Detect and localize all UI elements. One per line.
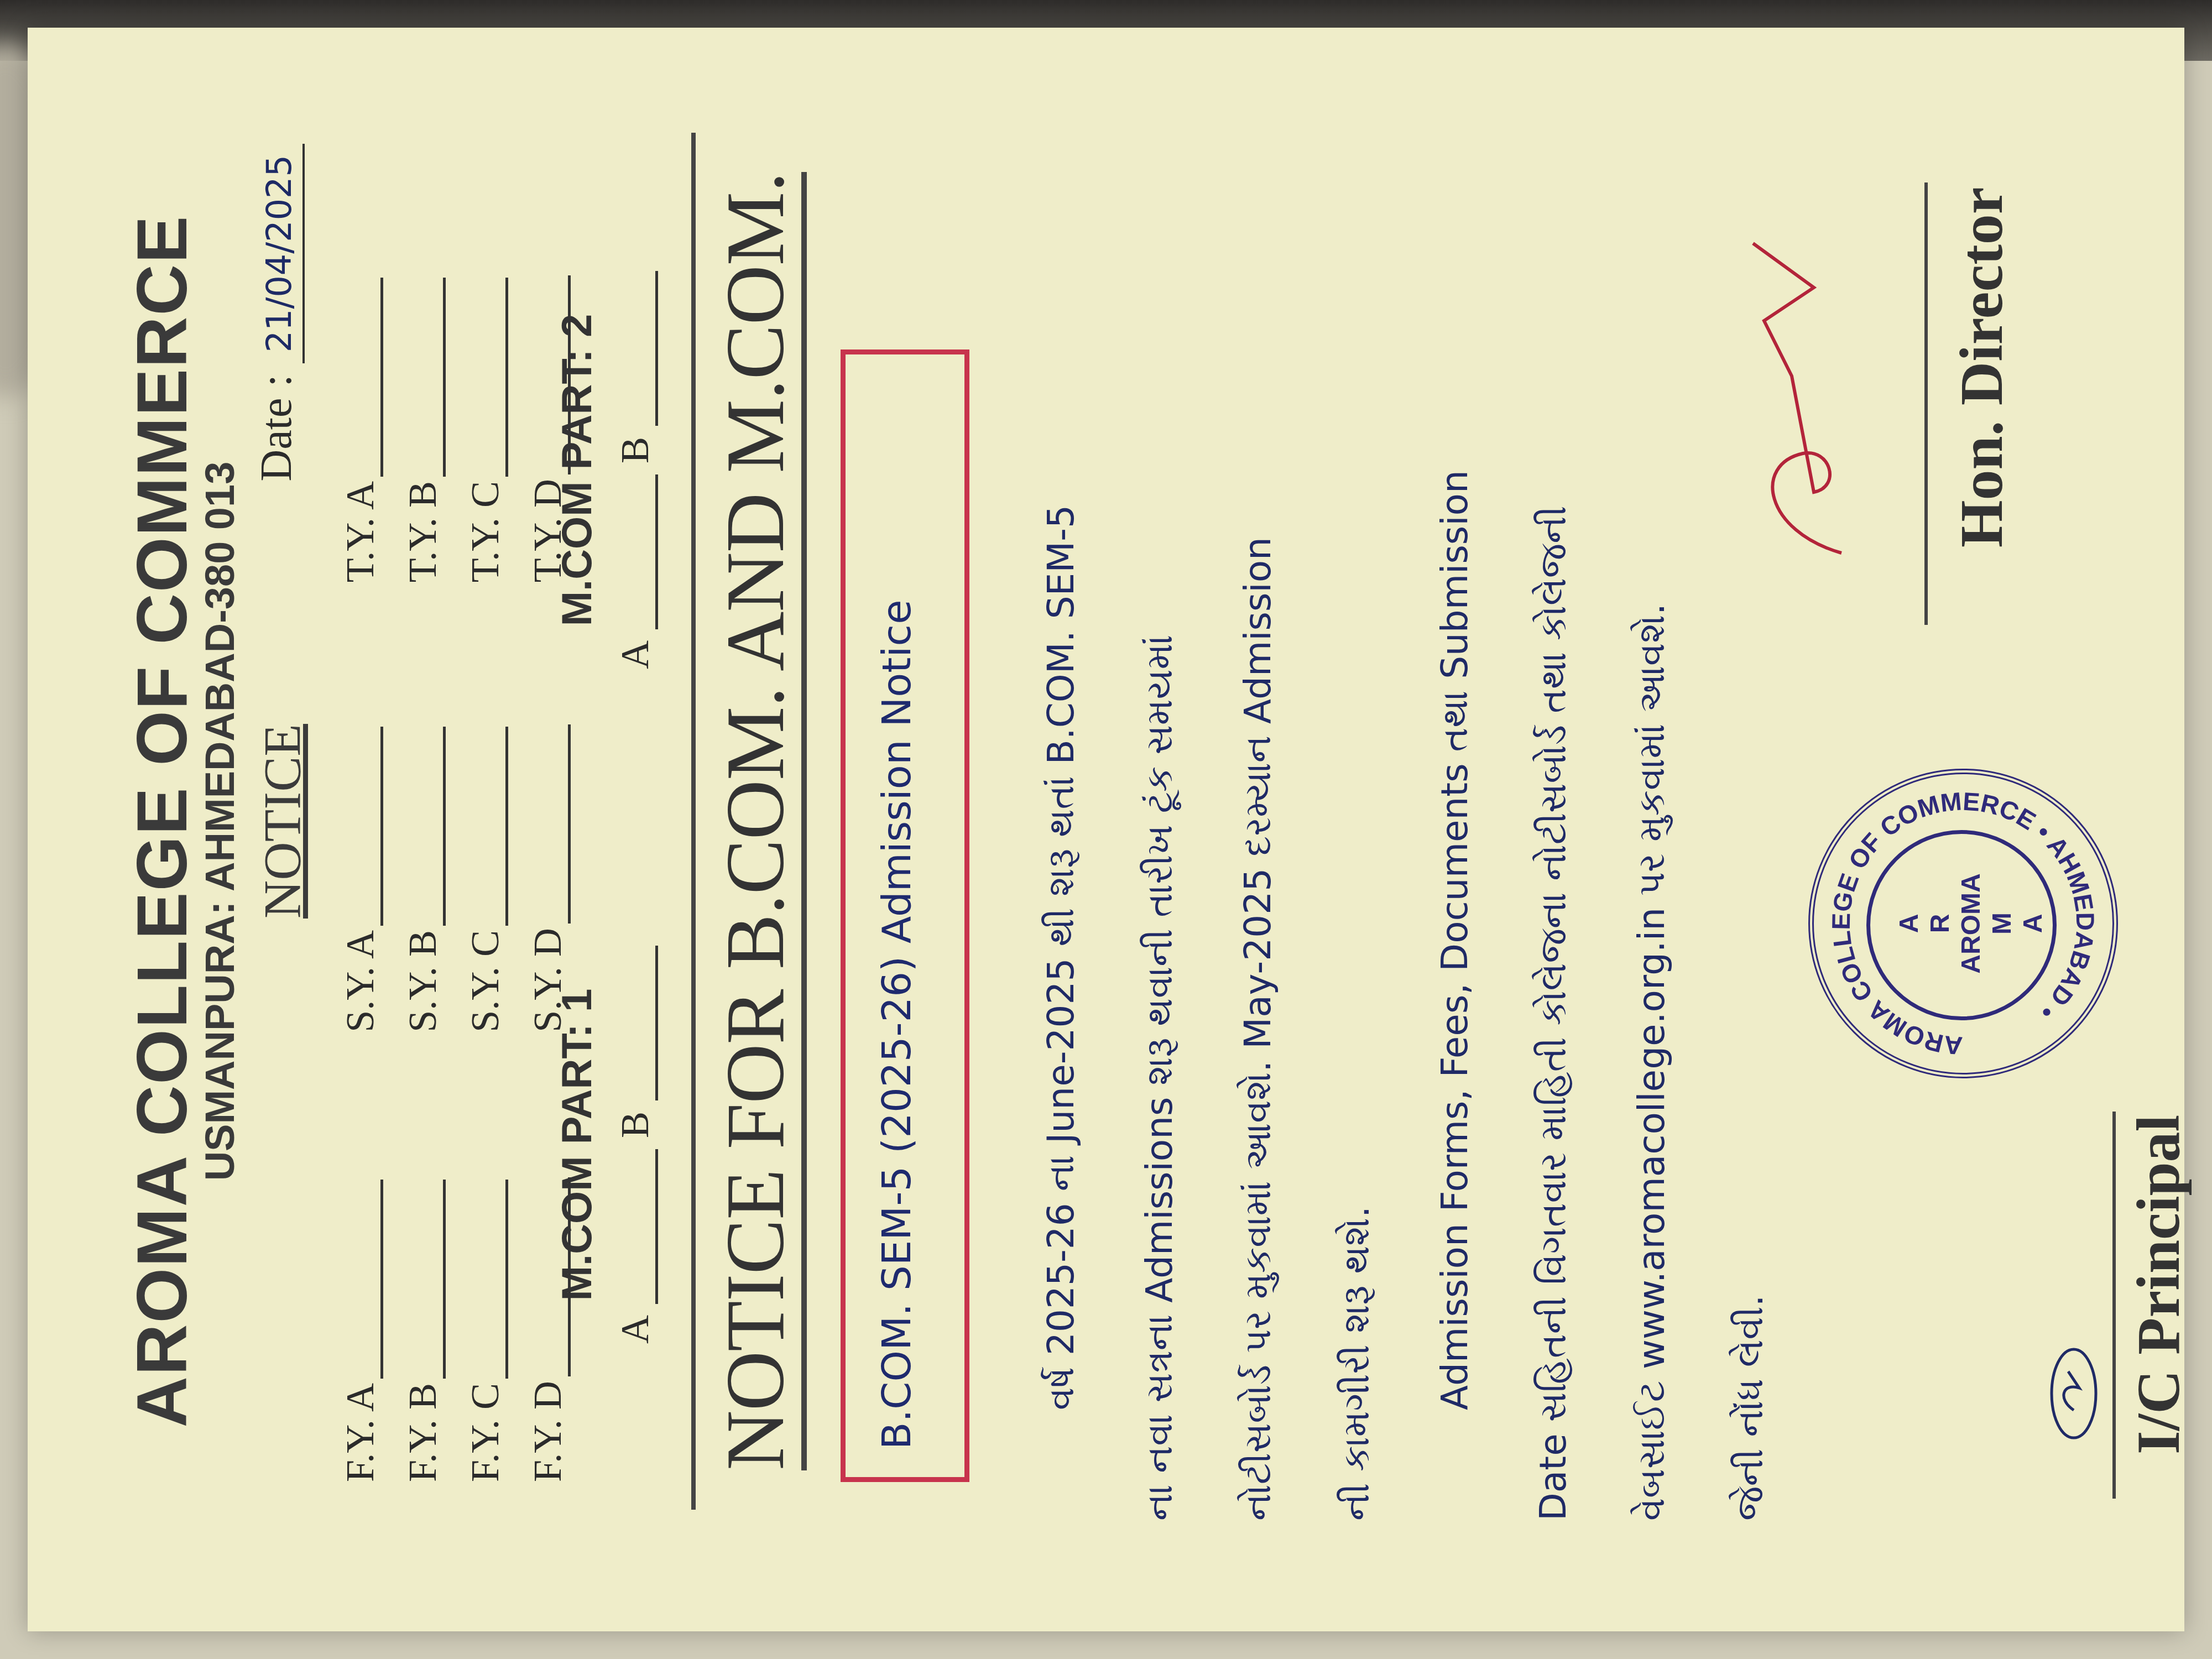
body-line: Admission Forms, Fees, Documents તથા Sub… [1406, 111, 1504, 1521]
mcom-sections: M.COM PART: 1 A B M.COM PART: 2 A B [553, 133, 658, 1482]
main-title: NOTICE FOR B.COM. AND M.COM. [708, 111, 803, 1532]
college-name: AROMA COLLEGE OF COMMERCE [122, 111, 203, 1532]
class-sy-c: S.Y. C [462, 582, 508, 1032]
director-label: Hon. Director [1947, 187, 2017, 547]
class-ty-b: T.Y. B [400, 133, 446, 582]
mcom-part-2: M.COM PART: 2 A B [553, 271, 658, 669]
body-line: Date સહિતની વિગતવાર માહિતી કોલેજના નોટીસ… [1504, 111, 1603, 1521]
class-ty-c: T.Y. C [462, 133, 508, 582]
college-stamp: AROMA COLLEGE OF COMMERCE • AHMEDABAD • … [1808, 769, 2118, 1078]
body-line: નોટીસબોર્ડ પર મુકવામાં આવશે. May-2025 દર… [1209, 111, 1307, 1521]
class-fy-c: F.Y. C [462, 1032, 508, 1482]
body-line: વર્ષ 2025-26 ના June-2025 થી શરૂ થતાં B.… [1012, 111, 1110, 1521]
class-ty-a: T.Y. A [337, 133, 383, 582]
date-label: Date : [252, 374, 301, 481]
initial-icon [2041, 1338, 2107, 1449]
mcom-part-1: M.COM PART: 1 A B [553, 946, 658, 1344]
director-sign-line [1924, 182, 1928, 625]
body-line: વેબસાઈટ www.aromacollege.org.in પર મુકવા… [1603, 111, 1701, 1521]
date-value: 21/04/2025 [259, 144, 305, 363]
highlight-box: B.COM. SEM-5 (2025-26) Admission Notice [841, 349, 969, 1482]
principal-sign-line [2112, 1112, 2116, 1499]
class-fy-a: F.Y. A [337, 1032, 383, 1482]
date-field: Date : 21/04/2025 [252, 144, 302, 482]
body-line: ની કામગીરી શરૂ થશે. [1307, 111, 1406, 1521]
principal-label: I/C Principal [2124, 1115, 2194, 1454]
class-sy-b: S.Y. B [400, 582, 446, 1032]
divider [691, 133, 696, 1510]
principal-initial [2041, 1338, 2110, 1449]
highlight-text: B.COM. SEM-5 (2025-26) Admission Notice [873, 600, 920, 1449]
notice-paper: AROMA COLLEGE OF COMMERCE USMANPURA: AHM… [28, 28, 2184, 1631]
class-sy-a: S.Y. A [337, 582, 383, 1032]
notice-body: વર્ષ 2025-26 ના June-2025 થી શરૂ થતાં B.… [1012, 111, 1799, 1521]
signature-icon [1731, 188, 1875, 575]
director-signature [1731, 188, 1877, 575]
college-address: USMANPURA: AHMEDABAD-380 013 [196, 111, 243, 1532]
body-line: ના નવા સત્રના Admissions શરૂ થવાની તારીખ… [1110, 111, 1209, 1521]
class-fy-b: F.Y. B [400, 1032, 446, 1482]
stamp-center: A R AROMA M A [1894, 774, 2049, 1073]
class-list: F.Y. A S.Y. A T.Y. A F.Y. B S.Y. B T.Y. … [337, 133, 571, 1482]
